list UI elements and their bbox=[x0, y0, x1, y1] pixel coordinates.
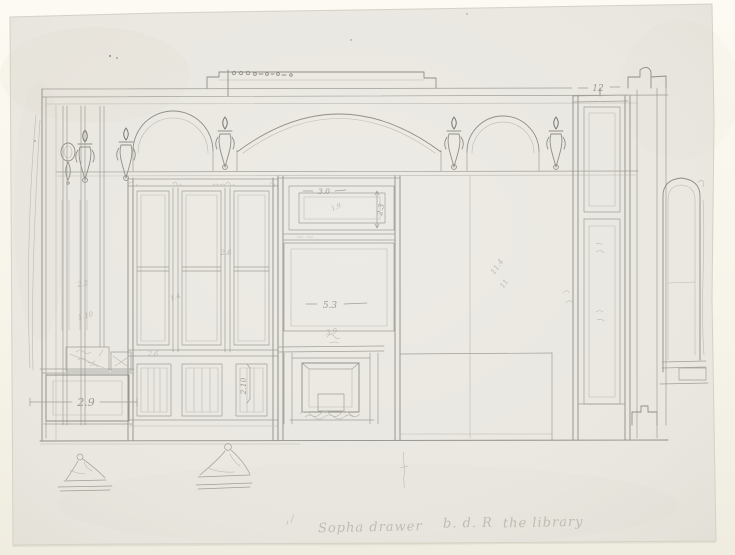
scanned-drawing-page: 12 2.9 2.2 1.10 2.6 2.6 1.4 2.10 3.0 1.9… bbox=[0, 0, 735, 555]
inscription-word2: b. d. R bbox=[443, 516, 493, 532]
dim-frieze-width-label: 3.0 bbox=[318, 187, 330, 196]
dim-top-right-label: 12 bbox=[592, 84, 604, 94]
inscription-word1: Sopha drawer bbox=[318, 519, 423, 536]
dim-door-panel-label: 2.6 bbox=[219, 249, 232, 257]
dim-panel-width-label: 5.3 bbox=[323, 301, 338, 311]
paper-stain bbox=[14, 80, 66, 340]
dim-chest-width-label: 2.9 bbox=[76, 396, 95, 409]
inscription-word3: the library bbox=[503, 515, 584, 532]
dim-left-small-label: 2.6 bbox=[147, 350, 158, 358]
dim-cupboard-height-label: 2.10 bbox=[239, 377, 248, 395]
drawing-canvas: 12 2.9 2.2 1.10 2.6 2.6 1.4 2.10 3.0 1.9… bbox=[0, 0, 735, 555]
